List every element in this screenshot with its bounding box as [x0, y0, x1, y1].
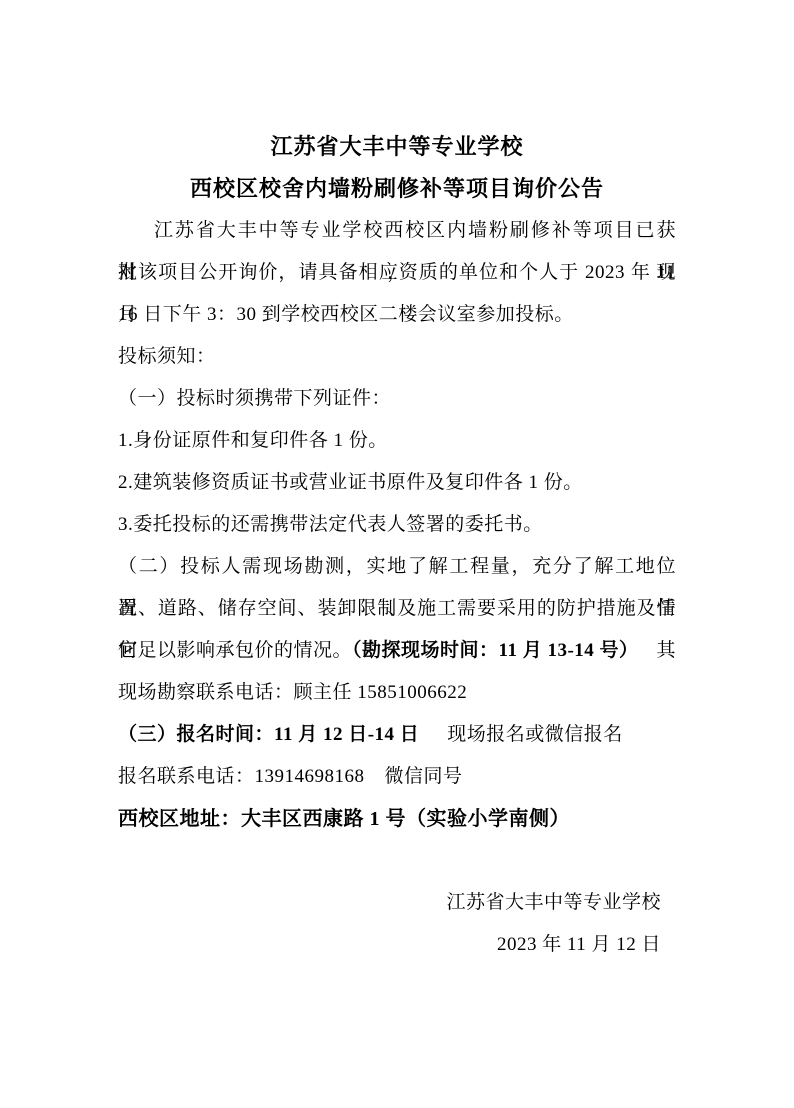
- section3-heading-line: （三）报名时间：11 月 12 日-14 日现场报名或微信报名: [118, 714, 676, 756]
- intro-paragraph-line2: 对该项目公开询价，请具备相应资质的单位和个人于 2023 年 11 月: [118, 252, 676, 294]
- campus-address-line: 西校区地址：大丰区西康路 1 号（实验小学南侧）: [118, 798, 676, 840]
- section2-line3: 它足以影响承包价的情况。（勘探现场时间：11 月 13-14 号）: [118, 630, 676, 672]
- document-content: 江苏省大丰中等专业学校 西校区校舍内墙粉刷修补等项目询价公告 江苏省大丰中等专业…: [118, 126, 676, 966]
- section2-line1: （二）投标人需现场勘测，实地了解工程量，充分了解工地位置、情: [118, 546, 676, 588]
- registration-phone: 报名联系电话：13914698168: [118, 766, 365, 787]
- signature-org: 江苏省大丰中等专业学校: [118, 882, 676, 924]
- section1-item2: 2.建筑装修资质证书或营业证书原件及复印件各 1 份。: [118, 462, 676, 504]
- blank-line: [118, 840, 676, 882]
- wechat-note: 微信同号: [385, 766, 463, 787]
- section1-item3: 3.委托投标的还需携带法定代表人签署的委托书。: [118, 504, 676, 546]
- intro-paragraph-line1: 江苏省大丰中等专业学校西校区内墙粉刷修补等项目已获批，现: [118, 210, 676, 252]
- document-title: 江苏省大丰中等专业学校: [118, 126, 676, 168]
- signature-date: 2023 年 11 月 12 日: [118, 924, 676, 966]
- registration-contact-line: 报名联系电话：13914698168微信同号: [118, 756, 676, 798]
- document-page: 江苏省大丰中等专业学校 西校区校舍内墙粉刷修补等项目询价公告 江苏省大丰中等专业…: [0, 0, 794, 1108]
- notice-heading: 投标须知：: [118, 336, 676, 378]
- registration-method: 现场报名或微信报名: [447, 724, 623, 745]
- section1-heading: （一）投标时须携带下列证件：: [118, 378, 676, 420]
- site-survey-time-note: （勘探现场时间：11 月 13-14 号）: [352, 640, 639, 661]
- section1-item1: 1.身份证原件和复印件各 1 份。: [118, 420, 676, 462]
- section2-line2: 况、道路、储存空间、装卸限制及施工需要采用的防护措施及任何其: [118, 588, 676, 630]
- section2-line3-text: 它足以影响承包价的情况。: [118, 640, 352, 661]
- intro-paragraph-line3: 16 日下午 3：30 到学校西校区二楼会议室参加投标。: [118, 294, 676, 336]
- document-subtitle: 西校区校舍内墙粉刷修补等项目询价公告: [118, 168, 676, 210]
- survey-contact-line: 现场勘察联系电话：顾主任 15851006622: [118, 672, 676, 714]
- registration-time: （三）报名时间：11 月 12 日-14 日: [118, 724, 419, 745]
